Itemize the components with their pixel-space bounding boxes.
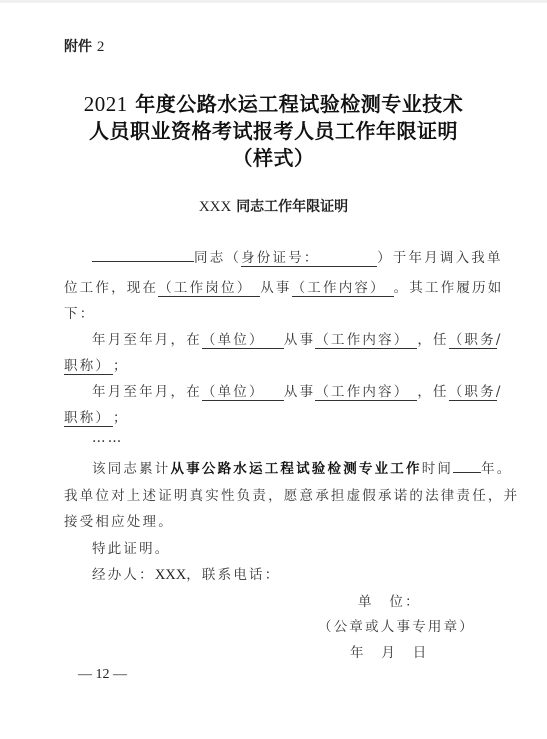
history-entry-2-line2: 职称）； bbox=[64, 406, 129, 427]
history-entry-1-line1: 年月至年月，在（单位）从事（工作内容），任（职务/ bbox=[92, 328, 497, 349]
unit-field-text: （单位） bbox=[202, 384, 265, 400]
work-content-field[interactable]: （工作内容） bbox=[315, 385, 417, 401]
role-field-text: （职务/ bbox=[449, 384, 503, 400]
summary-middle: 时间 bbox=[422, 461, 453, 477]
role-field[interactable]: （职务/ bbox=[449, 333, 497, 349]
phone-label: ，联系电话： bbox=[186, 567, 280, 583]
semicolon: ； bbox=[113, 410, 129, 426]
engaged-text: 从事 bbox=[284, 384, 315, 400]
current-text: 位工作，现在 bbox=[64, 280, 158, 296]
unit-field[interactable]: （单位） bbox=[202, 385, 284, 401]
position-field-text: （工作岗位） bbox=[158, 280, 252, 296]
document-title-line-2: 人员职业资格考试报考人员工作年限证明 bbox=[0, 115, 547, 144]
work-content-field[interactable]: （工作内容） bbox=[315, 333, 417, 349]
document-title-line-1: 2021 年度公路水运工程试验检测专业技术 bbox=[0, 88, 547, 117]
role-field-cont-text: 职称） bbox=[64, 358, 111, 374]
role-field-cont[interactable]: 职称） bbox=[64, 359, 113, 375]
para1-line2: 位工作，现在（工作岗位）从事（工作内容）。其工作履历如 bbox=[64, 276, 504, 297]
handler-line: 经办人：XXX，联系电话： bbox=[92, 563, 280, 584]
title-line-1-text: 年度公路水运工程试验检测专业技术 bbox=[135, 92, 463, 116]
history-entry-2-line1: 年月至年月，在（单位）从事（工作内容），任（职务/ bbox=[92, 380, 497, 401]
attachment-number: 2 bbox=[97, 39, 105, 55]
para1-line1: 同志（身份证号：）于年月调入我单 bbox=[92, 246, 503, 267]
attachment-label: 附件 2 bbox=[64, 36, 104, 56]
heading-text: 同志工作年限证明 bbox=[236, 199, 348, 215]
role-text: ，任 bbox=[417, 332, 448, 348]
ellipsis: …… bbox=[92, 430, 123, 446]
id-label: 身份证号： bbox=[241, 250, 320, 266]
name-blank-field[interactable] bbox=[92, 248, 194, 262]
summary-line1: 该同志累计从事公路水运工程试验检测专业工作时间年。 bbox=[92, 457, 513, 477]
page-top-edge bbox=[0, 0, 547, 3]
comrade-text: 同志（ bbox=[194, 250, 241, 266]
semicolon: ； bbox=[113, 358, 129, 374]
unit-field-text: （单位） bbox=[202, 332, 265, 348]
transfer-text: ）于年月调入我单 bbox=[377, 250, 503, 266]
para1-line3: 下： bbox=[64, 302, 95, 322]
role-field-text: （职务/ bbox=[449, 332, 503, 348]
work-content-field[interactable]: （工作内容） bbox=[292, 281, 394, 297]
role-field-cont[interactable]: 职称） bbox=[64, 411, 113, 427]
summary-prefix: 该同志累计 bbox=[92, 461, 171, 477]
work-content-field-text: （工作内容） bbox=[315, 332, 409, 348]
role-text: ，任 bbox=[417, 384, 448, 400]
title-year: 2021 bbox=[84, 92, 128, 116]
summary-bold-text: 从事公路水运工程试验检测专业工作 bbox=[171, 461, 422, 477]
unit-field[interactable]: （单位） bbox=[202, 333, 284, 349]
signature-date: 年 月 日 bbox=[350, 641, 429, 661]
id-number-field[interactable]: 身份证号： bbox=[241, 251, 377, 267]
period-text: 年月至年月，在 bbox=[92, 384, 202, 400]
history-intro-text: 。其工作履历如 bbox=[394, 280, 504, 296]
page-number: — 12 — bbox=[78, 667, 127, 683]
position-field[interactable]: （工作岗位） bbox=[158, 281, 260, 297]
history-entry-1-line2: 职称）； bbox=[64, 354, 129, 375]
summary-suffix: 年。 bbox=[481, 461, 512, 477]
certificate-heading: XXX 同志工作年限证明 bbox=[0, 196, 547, 216]
role-field-cont-text: 职称） bbox=[64, 410, 111, 426]
attachment-text: 附件 bbox=[64, 39, 92, 55]
summary-line3: 接受相应处理。 bbox=[64, 510, 174, 530]
years-blank-field[interactable] bbox=[453, 459, 481, 473]
period-text: 年月至年月，在 bbox=[92, 332, 202, 348]
unit-signature-label: 单 位： bbox=[358, 590, 421, 610]
engaged-text: 从事 bbox=[260, 280, 291, 296]
heading-name-placeholder: XXX bbox=[199, 199, 232, 215]
summary-line2: 我单位对上述证明真实性负责，愿意承担虚假承诺的法律责任，并 bbox=[64, 484, 519, 504]
work-content-field-text: （工作内容） bbox=[315, 384, 409, 400]
hereby-certify: 特此证明。 bbox=[92, 537, 171, 557]
document-title-line-3: （样式） bbox=[0, 142, 547, 171]
seal-note: （公章或人事专用章） bbox=[318, 615, 475, 635]
work-content-field-text: （工作内容） bbox=[292, 280, 386, 296]
handler-name: XXX bbox=[155, 567, 186, 583]
role-field[interactable]: （职务/ bbox=[449, 385, 497, 401]
handler-label: 经办人： bbox=[92, 567, 155, 583]
engaged-text: 从事 bbox=[284, 332, 315, 348]
